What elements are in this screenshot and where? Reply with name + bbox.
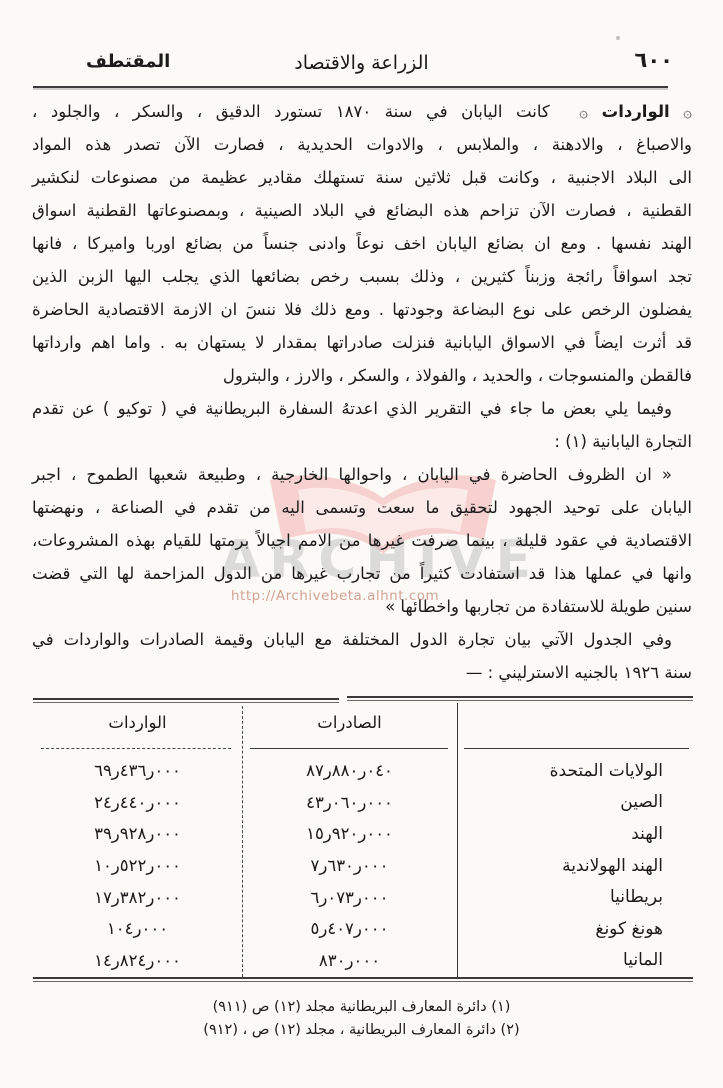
text-line: القطنية ، فصارت الآن تزاحم هذه البضائع ف… — [32, 195, 692, 228]
exports-value: ٤٣ر٠٦٠ر٠٠٠ — [242, 793, 457, 812]
text-line: وانها في عملها هذا قد استفادت كثيراً من … — [32, 558, 692, 591]
exports-value: ٧ر٦٣٠ر٠٠٠ — [242, 856, 457, 875]
country-name: الصين — [457, 792, 693, 812]
article-body: ۞ الواردات ۞ كانت اليابان في سنة ١٨٧٠ تس… — [32, 96, 692, 690]
header-underline — [41, 748, 231, 749]
imports-column-header: الواردات — [33, 713, 242, 732]
text-line: فالقطن والمنسوجات ، والحديد ، والفولاذ ،… — [32, 360, 692, 393]
text-line: « ان الظروف الحاضرة في اليابان ، واحواله… — [32, 459, 692, 492]
text-line: قد أثرت ايضاً في الاسواق اليابانية فنزلت… — [32, 327, 692, 360]
exports-value: ٦ر٠٧٣ر٠٠٠ — [242, 888, 457, 907]
table-rows: ٦٩ر٤٣٦ر٠٠٠ ٨٧ر٨٨٠ر٠٤٠ الولايات المتحدة ٢… — [33, 755, 693, 976]
trade-table: الصادرات الواردات ٦٩ر٤٣٦ر٠٠٠ ٨٧ر٨٨٠ر٠٤٠ … — [33, 698, 693, 990]
exports-value: ٥ر٤٠٧ر٠٠٠ — [242, 919, 457, 938]
country-name: هونغ كونغ — [457, 919, 693, 939]
table-top-rule — [347, 696, 693, 703]
country-name: الهند الهولاندية — [457, 856, 693, 876]
exports-value: ٨٧ر٨٨٠ر٠٤٠ — [242, 761, 457, 780]
imports-paragraph: ۞ الواردات ۞ كانت اليابان في سنة ١٨٧٠ تس… — [32, 96, 692, 393]
table-row: ١٤ر٨٢٤ر٠٠٠ ٨٣٠ر٠٠٠ المانيا — [33, 945, 693, 977]
table-intro-paragraph: وفي الجدول الآتي بيان تجارة الدول المختل… — [32, 624, 692, 690]
country-name: الولايات المتحدة — [457, 761, 693, 781]
ornament-icon: ۞ — [683, 103, 692, 121]
imports-value: ٢٤ر٤٤٠ر٠٠٠ — [33, 793, 242, 812]
imports-value: ١٤ر٨٢٤ر٠٠٠ — [33, 951, 242, 970]
text-line: الهند نفسها . ومع ان بضائع اليابان اخف ن… — [32, 228, 692, 261]
table-row: ١٠ر٥٢٢ر٠٠٠ ٧ر٦٣٠ر٠٠٠ الهند الهولاندية — [33, 850, 693, 882]
journal-name: المقتطف — [86, 51, 170, 72]
text-line: وفي الجدول الآتي بيان تجارة الدول المختل… — [32, 624, 692, 657]
table-row: ٢٤ر٤٤٠ر٠٠٠ ٤٣ر٠٦٠ر٠٠٠ الصين — [33, 787, 693, 819]
text-line: سنين طويلة للاستفادة من تجاربها واخطائها… — [32, 591, 692, 624]
exports-column-header: الصادرات — [242, 713, 457, 732]
country-name: الهند — [457, 824, 693, 844]
section-heading: الواردات — [602, 102, 670, 121]
text-line: الى البلاد الاجنبية ، وكانت قبل ثلاثين س… — [32, 162, 692, 195]
text-line: يفضلون الرخص على نوع البضاعة وجودتها . و… — [32, 294, 692, 327]
scanned-page: ARCHIVE http://Archivebeta.alhnt.com ٦٠٠… — [0, 0, 723, 1088]
imports-value: ٦٩ر٤٣٦ر٠٠٠ — [33, 761, 242, 780]
text-line: التجارة اليابانية (١) : — [32, 426, 692, 459]
footnotes: (١) دائرة المعارف البريطانية مجلد (١٢) ص… — [0, 996, 723, 1042]
table-row: ١٠٤ر٠٠٠ ٥ر٤٠٧ر٠٠٠ هونغ كونغ — [33, 913, 693, 945]
text-line: اليابان على توحيد الجهود لتحقيق ما سعت و… — [32, 492, 692, 525]
country-name: بريطانيا — [457, 887, 693, 907]
imports-value: ١٧ر٣٨٢ر٠٠٠ — [33, 888, 242, 907]
country-name: المانيا — [457, 950, 693, 970]
text-line: الاقتصادية في عقود قليلة ، بينما صرفت غي… — [32, 525, 692, 558]
report-intro-paragraph: وفيما يلي بعض ما جاء في التقرير الذي اعد… — [32, 393, 692, 459]
imports-value: ١٠٤ر٠٠٠ — [33, 919, 242, 938]
exports-value: ٨٣٠ر٠٠٠ — [242, 951, 457, 970]
scan-speck — [616, 36, 620, 40]
imports-value: ١٠ر٥٢٢ر٠٠٠ — [33, 856, 242, 875]
text-line: سنة ١٩٢٦ بالجنيه الاسترليني : — — [32, 657, 692, 690]
text-line: تجد اسواقاً رائجة وزبناً كثيرين ، وذلك ب… — [32, 261, 692, 294]
table-bottom-rule — [33, 977, 693, 984]
exports-value: ١٥ر٩٢٠ر٠٠٠ — [242, 824, 457, 843]
table-row: ١٧ر٣٨٢ر٠٠٠ ٦ر٠٧٣ر٠٠٠ بريطانيا — [33, 881, 693, 913]
imports-value: ٣٩ر٩٢٨ر٠٠٠ — [33, 824, 242, 843]
footnote-line: (٢) دائرة المعارف البريطانية ، مجلد (١٢)… — [0, 1019, 723, 1042]
table-row: ٣٩ر٩٢٨ر٠٠٠ ١٥ر٩٢٠ر٠٠٠ الهند — [33, 818, 693, 850]
header-underline — [464, 748, 689, 749]
table-top-rule — [33, 698, 339, 705]
text-run: كانت اليابان في سنة ١٨٧٠ تستورد الدقيق ،… — [32, 102, 550, 121]
quotation-paragraph: « ان الظروف الحاضرة في اليابان ، واحواله… — [32, 459, 692, 624]
table-row: ٦٩ر٤٣٦ر٠٠٠ ٨٧ر٨٨٠ر٠٤٠ الولايات المتحدة — [33, 755, 693, 787]
text-line: ۞ الواردات ۞ كانت اليابان في سنة ١٨٧٠ تس… — [32, 96, 692, 129]
ornament-icon: ۞ — [579, 103, 588, 121]
footnote-line: (١) دائرة المعارف البريطانية مجلد (١٢) ص… — [0, 996, 723, 1019]
header-underline — [250, 748, 448, 749]
text-line: وفيما يلي بعض ما جاء في التقرير الذي اعد… — [32, 393, 692, 426]
header-rule — [33, 86, 668, 88]
text-line: والاصباغ ، والادهنة ، والملابس ، والادوا… — [32, 129, 692, 162]
